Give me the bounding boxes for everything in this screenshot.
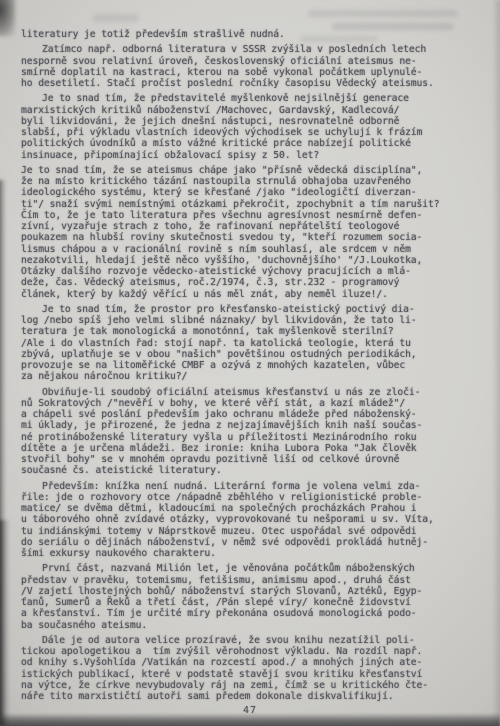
- paragraph: První část, nazvaná Milión let, je věnov…: [21, 563, 492, 631]
- paragraph: Obviňuje-li soudobý oficiální ateismus k…: [21, 387, 492, 477]
- scanned-page: literatury je totiž především strašlivě …: [0, 0, 500, 726]
- paragraph: Především: knížka není nudná. Literární …: [21, 481, 492, 560]
- document-text: literatury je totiž především strašlivě …: [0, 0, 500, 706]
- paragraph: Dále je od autora velice prozíravé, že s…: [21, 635, 492, 703]
- paragraph: Je to snad tím, že prostor pro křesťansk…: [21, 304, 492, 383]
- paragraph: literatury je totiž především strašlivě …: [21, 29, 492, 40]
- paragraph: Je to snad tím, že představitelé myšlenk…: [21, 93, 492, 161]
- paragraph: Zatímco např. odborná literatura v SSSR …: [21, 44, 492, 89]
- paragraph: Je to snad tím, že se ateismus chápe jak…: [21, 165, 492, 300]
- page-number: 47: [0, 705, 500, 716]
